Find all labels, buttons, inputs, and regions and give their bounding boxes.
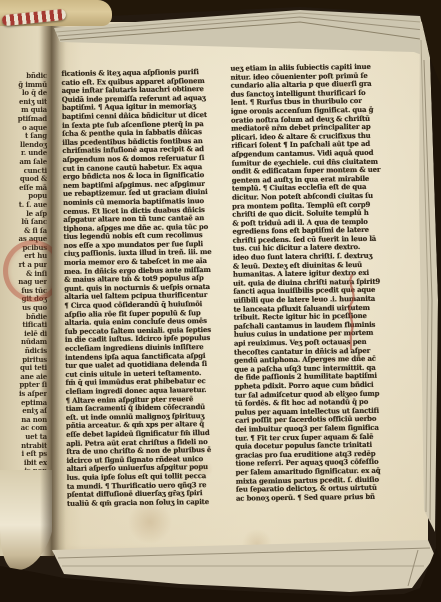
- open-book-photo: bñdicḡ immūlo q̄ deeniʒ uitm quiaptiſmad…: [0, 0, 441, 602]
- text-line: ac bonoʒ operū. ¶ Sed quare prius bñ: [236, 492, 409, 503]
- bottom-dark-background: [0, 548, 441, 602]
- main-page-content: Lib⁹ Quart⁹ fol. 69 ficationis & iteʒ aq…: [51, 17, 434, 552]
- text-column-left: ficationis & iteʒ aqua aſpſionis purific…: [61, 68, 240, 509]
- running-header-folio-number: fol. 69: [339, 29, 402, 45]
- running-header-book-label: Lib⁹ Quart⁹: [151, 23, 265, 46]
- red-ink-margin-mark: [345, 273, 360, 351]
- text-column-right: ueʒ etiam in aliis ſubiectis capiti inue…: [230, 62, 409, 503]
- gutter-shadow: [40, 20, 66, 558]
- text-line: tualiū & qm̄ gracia non ſoluʒ in capite: [67, 497, 240, 508]
- main-page: Lib⁹ Quart⁹ fol. 69 ficationis & iteʒ aq…: [52, 22, 428, 552]
